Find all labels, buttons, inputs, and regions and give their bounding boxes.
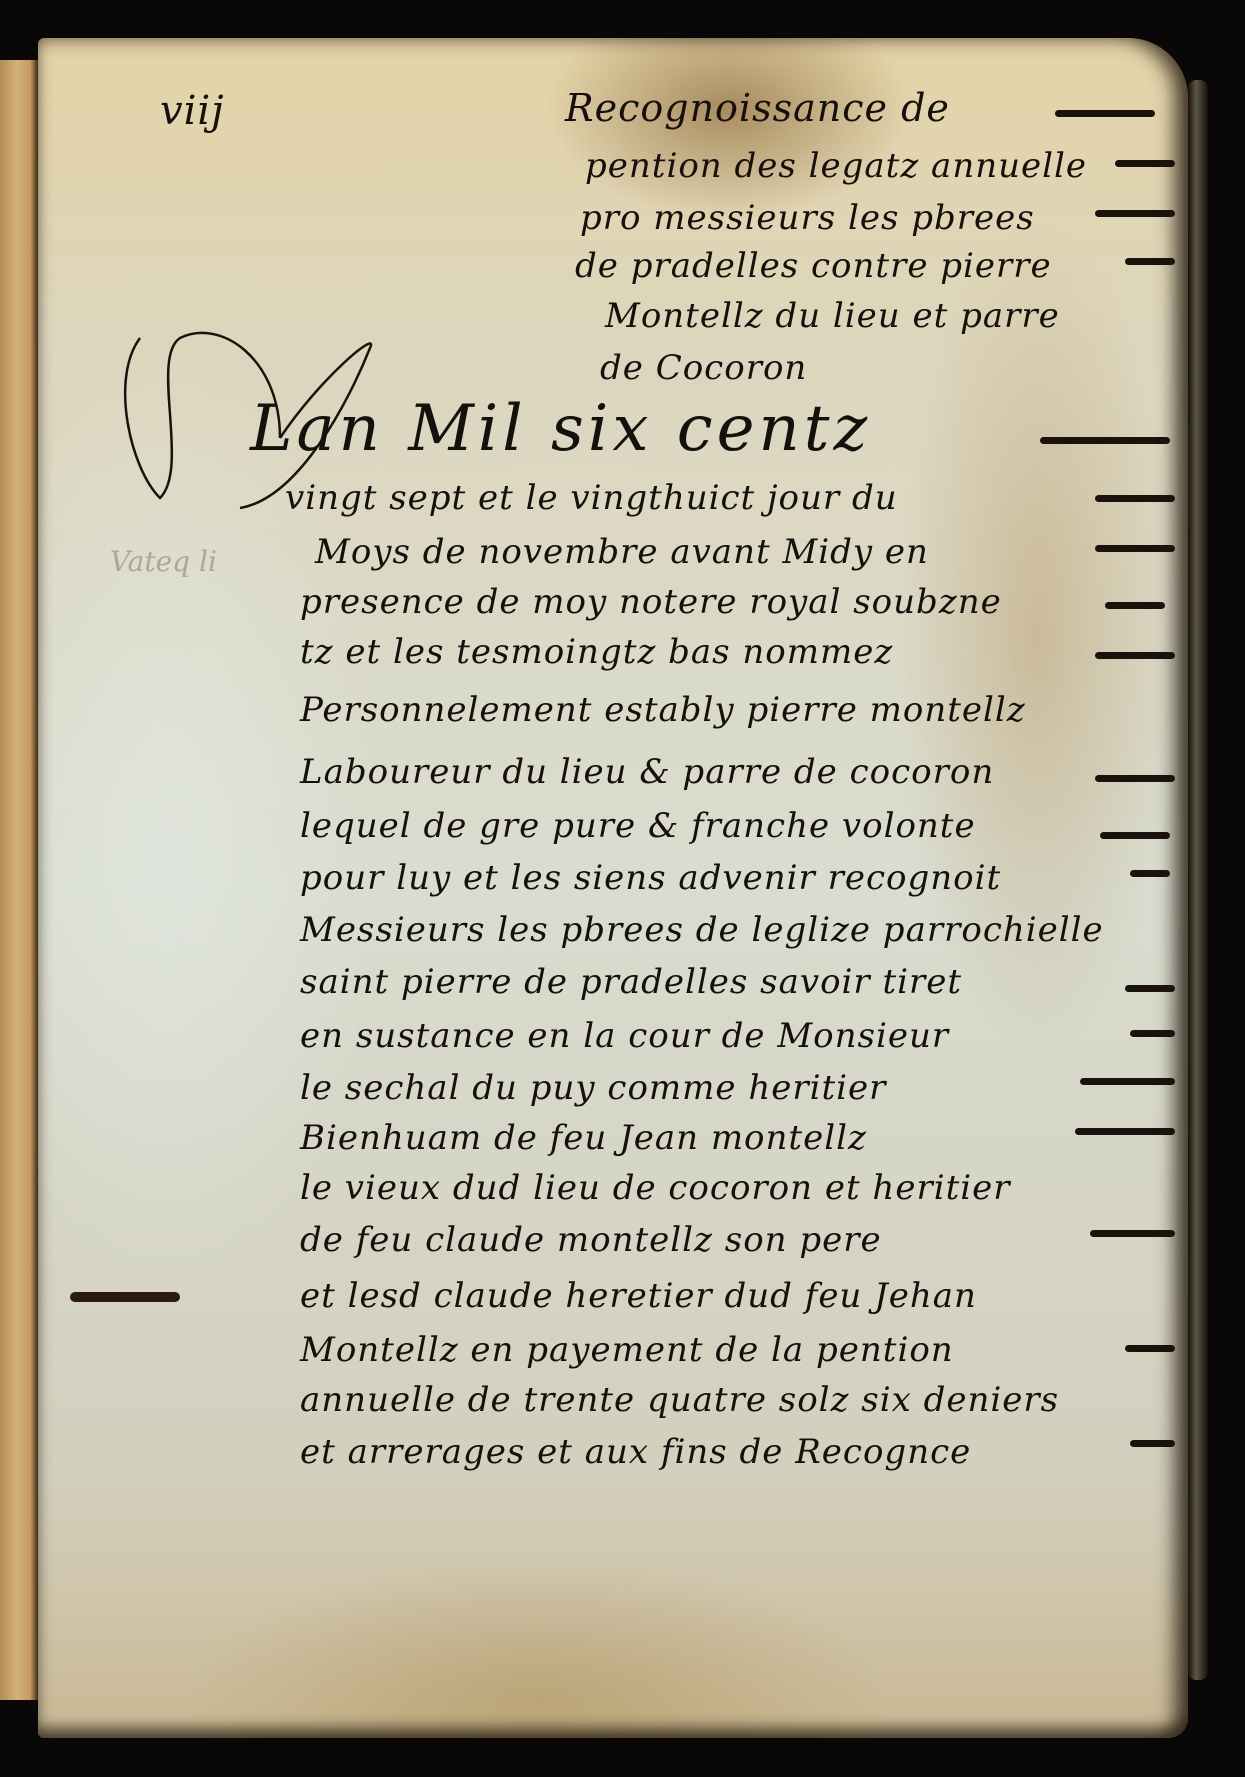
body-line-15: de feu claude montellz son pere [300, 1220, 882, 1260]
filler-dash [1130, 870, 1170, 877]
filler-dash [1090, 1230, 1175, 1237]
filler-dash [1095, 545, 1175, 552]
adjacent-page-edge [0, 60, 38, 1700]
filler-dash [1125, 1345, 1175, 1352]
heading-line-2: pention des legatz annuelle [585, 146, 1087, 186]
body-line-11: en sustance en la cour de Monsieur [300, 1016, 949, 1056]
body-line-12: le sechal du puy comme heritier [300, 1068, 886, 1108]
body-line-13: Bienhuam de feu Jean montellz [300, 1118, 867, 1158]
body-line-4: tz et les tesmoingtz bas nommez [300, 632, 893, 672]
body-line-3: presence de moy notere royal soubzne [300, 582, 1002, 622]
folio-number: viij [160, 88, 225, 134]
filler-dash [1125, 985, 1175, 992]
filler-dash [1095, 775, 1175, 782]
left-margin-mark [70, 1292, 180, 1302]
body-line-6: Laboureur du lieu & parre de cocoron [300, 752, 994, 792]
body-line-17: Montellz en payement de la pention [300, 1330, 954, 1370]
filler-dash [1115, 160, 1175, 167]
faint-marginal-note: Vateq li [110, 545, 217, 578]
heading-line-1: Recognoissance de [565, 86, 950, 130]
filler-dash [1055, 110, 1155, 117]
body-line-1: vingt sept et le vingthuict jour du [285, 478, 898, 518]
filler-dash [1080, 1078, 1175, 1085]
heading-line-6: de Cocoron [600, 348, 807, 388]
heading-line-3: pro messieurs les pbrees [580, 198, 1035, 238]
body-line-8: pour luy et les siens advenir recognoit [300, 858, 1001, 898]
body-line-2: Moys de novembre avant Midy en [315, 532, 929, 572]
filler-dash [1075, 1128, 1175, 1135]
filler-dash [1040, 437, 1170, 444]
body-line-19: et arrerages et aux fins de Recognce [300, 1432, 971, 1472]
body-line-10: saint pierre de pradelles savoir tiret [300, 962, 962, 1002]
filler-dash [1130, 1030, 1175, 1037]
filler-dash [1095, 652, 1175, 659]
heading-line-4: de pradelles contre pierre [575, 246, 1052, 286]
filler-dash [1100, 832, 1170, 839]
body-line-16: et lesd claude heretier dud feu Jehan [300, 1276, 977, 1316]
opening-line: Lan Mil six centz [250, 392, 871, 466]
filler-dash [1105, 602, 1165, 609]
body-line-5: Personnelement estably pierre montellz [300, 690, 1026, 730]
heading-line-5: Montellz du lieu et parre [605, 296, 1060, 336]
body-line-18: annuelle de trente quatre solz six denie… [300, 1380, 1059, 1420]
filler-dash [1130, 1440, 1175, 1447]
filler-dash [1125, 258, 1175, 265]
body-line-7: lequel de gre pure & franche volonte [300, 806, 976, 846]
filler-dash [1095, 210, 1175, 217]
body-line-9: Messieurs les pbrees de leglize parrochi… [300, 910, 1104, 950]
filler-dash [1095, 495, 1175, 502]
body-line-14: le vieux dud lieu de cocoron et heritier [300, 1168, 1011, 1208]
page-right-edge [1188, 80, 1208, 1680]
